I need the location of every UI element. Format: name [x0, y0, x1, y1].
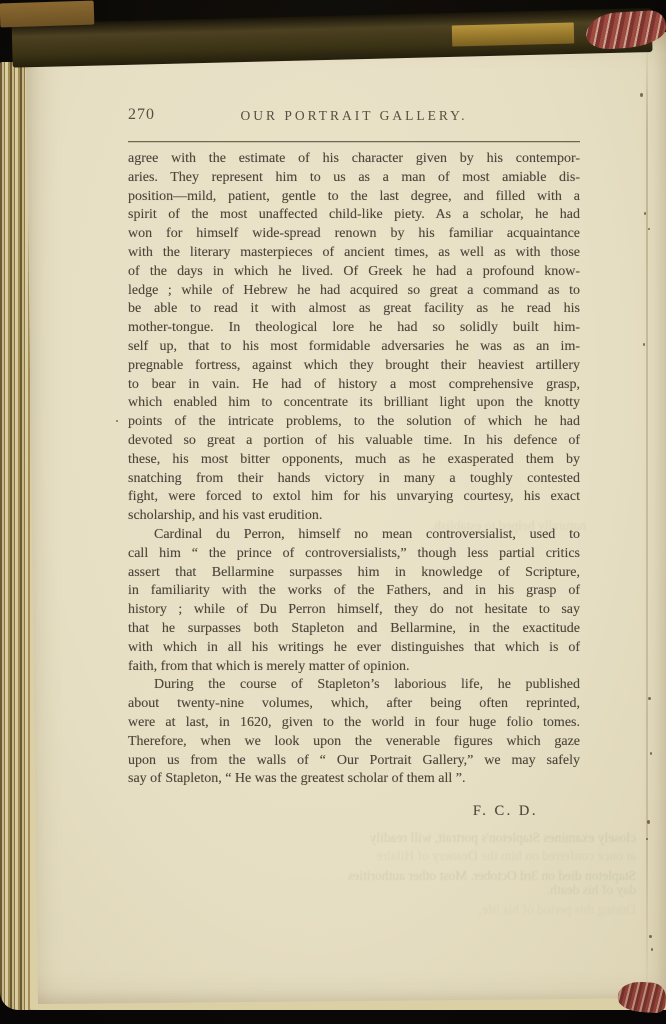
- body-line: history ; while of Du Perron himself, th…: [128, 601, 580, 620]
- body-line: be able to read it with almost as great …: [128, 300, 580, 319]
- paper-speck: [640, 93, 643, 97]
- paper-speck: [647, 820, 650, 824]
- header-rule: [128, 141, 580, 142]
- body-line: aries. They represent him to us as a man…: [128, 169, 580, 188]
- body-line: snatching from their hands victory in ma…: [128, 470, 580, 489]
- show-through-line: Stapleton died on 3rd October. Most othe…: [56, 866, 636, 886]
- body-line: say of Stapleton, “ He was the greatest …: [128, 770, 580, 789]
- body-line: assert that Bellarmine surpasses him in …: [128, 564, 580, 583]
- body-line: devoted so great a portion of his valuab…: [128, 432, 580, 451]
- body-line: During the course of Stapleton’s laborio…: [128, 676, 580, 695]
- paper-speck: [649, 935, 652, 938]
- body-line: mother-tongue. In theological lore he ha…: [128, 319, 580, 338]
- body-line: won for himself wide-spread renown by hi…: [128, 225, 580, 244]
- paper-speck: [651, 948, 653, 951]
- paragraph: Cardinal du Perron, himself no mean cont…: [128, 526, 580, 676]
- book-photograph: 270 OUR PORTRAIT GALLERY. naturally help…: [0, 0, 666, 1024]
- body-line: with which in all his writings he ever d…: [128, 639, 580, 658]
- paragraph: agree with the estimate of his character…: [128, 150, 580, 526]
- body-line: fight, were forced to extol him for his …: [128, 488, 580, 507]
- body-line: spirit of the most unaffected child-like…: [128, 206, 580, 225]
- body-line: which enabled him to concentrate its bri…: [128, 394, 580, 413]
- worn-leather-corner: [0, 1, 94, 28]
- body-line: Therefore, when we look upon the venerab…: [128, 733, 580, 752]
- paper-speck: [648, 697, 651, 700]
- body-line: of the days in which he lived. Of Greek …: [128, 263, 580, 282]
- author-initials: F. C. D.: [128, 802, 580, 821]
- body-line: these, his most bitter opponents, much a…: [128, 451, 580, 470]
- gilt-page-edge: [452, 23, 574, 47]
- body-line: self up, that to his most formidable adv…: [128, 338, 580, 357]
- paper-speck: [646, 838, 648, 840]
- body-line: to bear in vain. He had of history a mos…: [128, 376, 580, 395]
- body-line: ledge ; while of Hebrew he had acquired …: [128, 282, 580, 301]
- body-line: were at last, in 1620, given to the worl…: [128, 714, 580, 733]
- body-line: Cardinal du Perron, himself no mean cont…: [128, 526, 580, 545]
- body-line: call him “ the prince of controversialis…: [128, 545, 580, 564]
- paper-speck: [648, 228, 650, 230]
- show-through-line: at once conferred on him the Deanery of …: [56, 846, 636, 866]
- paper-speck: [643, 343, 645, 346]
- running-title: OUR PORTRAIT GALLERY.: [128, 108, 580, 124]
- paper-speck: [650, 752, 652, 755]
- show-through-line: closely examines Stapleton's portrait, w…: [56, 828, 636, 848]
- paper-crease: [646, 32, 648, 1004]
- body-line: points of the intricate problems, to the…: [128, 413, 580, 432]
- body-line: in familiarity with the works of the Fat…: [128, 582, 580, 601]
- body-line: faith, from that which is merely matter …: [128, 658, 580, 677]
- body-line: agree with the estimate of his character…: [128, 150, 580, 169]
- body-line: pregnable fortress, against which they b…: [128, 357, 580, 376]
- show-through-line: During this period of his life,: [56, 900, 636, 920]
- body-line: position—mild, patient, gentle to the la…: [128, 188, 580, 207]
- page-edge-stack: [0, 62, 30, 1010]
- paper-speck: [644, 212, 646, 215]
- body-line: that he surpasses both Stapleton and Bel…: [128, 620, 580, 639]
- body-line: scholarship, and his vast erudition.: [128, 507, 580, 526]
- body-line: upon us from the walls of “ Our Portrait…: [128, 752, 580, 771]
- show-through-line: day of his death.: [56, 880, 636, 900]
- paragraph: During the course of Stapleton’s laborio…: [128, 676, 580, 789]
- book-page: 270 OUR PORTRAIT GALLERY. naturally help…: [26, 32, 666, 1004]
- show-through-text: closely examines Stapleton's portrait, w…: [56, 828, 636, 920]
- body-text: agree with the estimate of his character…: [128, 150, 580, 821]
- body-line: with the literary masterpieces of ancien…: [128, 244, 580, 263]
- paper-speck: [116, 420, 118, 422]
- body-line: about twenty-nine volumes, which, after …: [128, 695, 580, 714]
